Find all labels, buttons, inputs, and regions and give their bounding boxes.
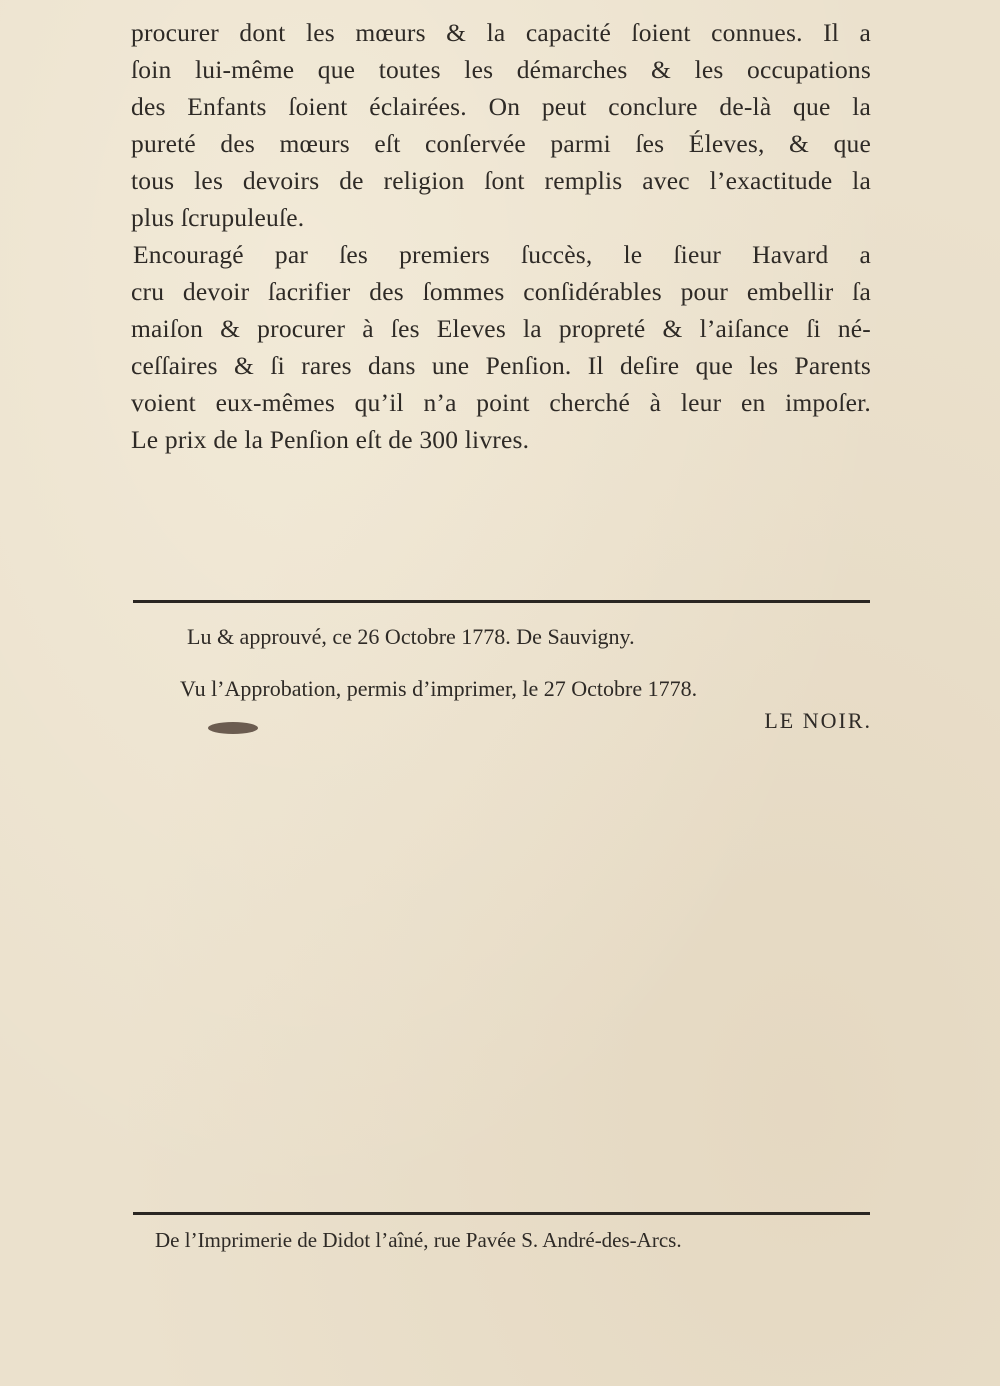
- text-line: procurer dont les mœurs & la capacité ſo…: [131, 14, 871, 51]
- approval-line: Lu & approuvé, ce 26 Octobre 1778. De Sa…: [187, 624, 635, 650]
- text-line: des Enfants ſoient éclairées. On peut co…: [131, 88, 871, 125]
- text-line: Le prix de la Penſion eſt de 300 livres.: [131, 421, 871, 458]
- text-line: tous les devoirs de religion ſont rempli…: [131, 162, 871, 199]
- permission-line: Vu l’Approbation, permis d’imprimer, le …: [180, 676, 697, 702]
- divider-rule: [133, 1212, 870, 1215]
- signer-name: LE NOIR.: [764, 708, 872, 734]
- document-page: procurer dont les mœurs & la capacité ſo…: [0, 0, 1000, 1386]
- printer-imprint: De l’Imprimerie de Didot l’aîné, rue Pav…: [155, 1228, 682, 1253]
- body-text: procurer dont les mœurs & la capacité ſo…: [131, 14, 871, 458]
- text-line: Encouragé par ſes premiers ſuccès, le ſi…: [131, 236, 871, 273]
- text-line: ceſſaires & ſi rares dans une Penſion. I…: [131, 347, 871, 384]
- text-line: pureté des mœurs eſt conſervée parmi ſes…: [131, 125, 871, 162]
- text-line: plus ſcrupuleuſe.: [131, 199, 871, 236]
- text-line: maiſon & procurer à ſes Eleves la propre…: [131, 310, 871, 347]
- text-line: voient eux-mêmes qu’il n’a point cherché…: [131, 384, 871, 421]
- text-line: ſoin lui-même que toutes les démarches &…: [131, 51, 871, 88]
- text-line: cru devoir ſacrifier des ſommes conſidér…: [131, 273, 871, 310]
- divider-rule: [133, 600, 870, 603]
- ink-stain: [208, 722, 258, 734]
